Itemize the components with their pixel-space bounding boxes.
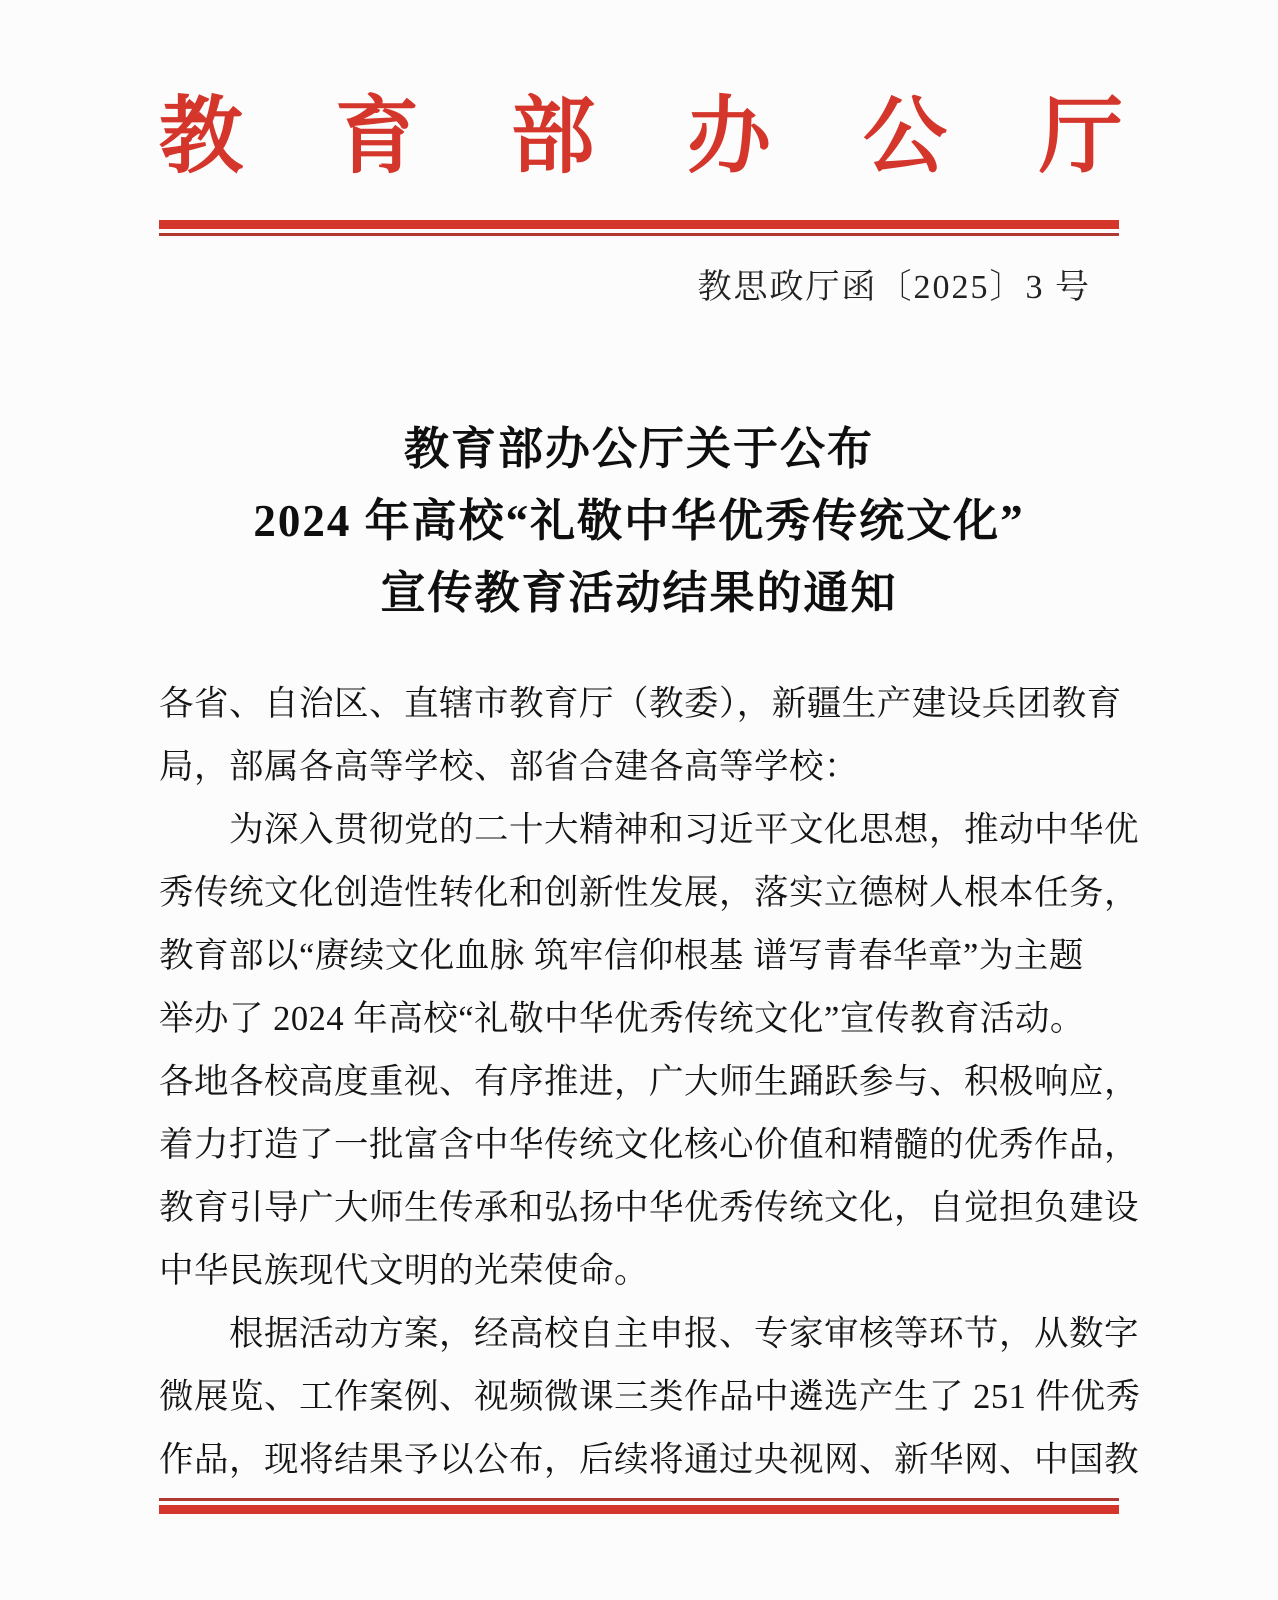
document-title-line-3: 宣传教育活动结果的通知 (159, 557, 1119, 629)
body-line: 微展览、工作案例、视频微课三类作品中遴选产生了 251 件优秀 (159, 1366, 1119, 1429)
body-line: 各地各校高度重视、有序推进，广大师生踊跃参与、积极响应， (159, 1051, 1119, 1114)
body-line: 着力打造了一批富含中华传统文化核心价值和精髓的优秀作品， (159, 1114, 1119, 1177)
document-title-line-2: 2024 年高校“礼敬中华优秀传统文化” (159, 485, 1119, 557)
red-divider-top-thick-rule (159, 220, 1119, 229)
red-divider-top-thin-rule (159, 233, 1119, 236)
body-line: 教育引导广大师生传承和弘扬中华优秀传统文化，自觉担负建设 (159, 1177, 1119, 1240)
body-line: 局，部属各高等学校、部省合建各高等学校： (159, 736, 1119, 799)
body-line: 中华民族现代文明的光荣使命。 (159, 1240, 1119, 1303)
document-title: 教育部办公厅关于公布 2024 年高校“礼敬中华优秀传统文化” 宣传教育活动结果… (159, 413, 1119, 629)
body-line: 各省、自治区、直辖市教育厅（教委），新疆生产建设兵团教育 (159, 673, 1119, 736)
letterhead-org-name: 教育部办公厅 (159, 0, 1211, 180)
body-line: 作品，现将结果予以公布，后续将通过央视网、新华网、中国教 (159, 1429, 1119, 1492)
document-content: 教育部办公厅 教思政厅函〔2025〕3 号 教育部办公厅关于公布 2024 年高… (159, 0, 1119, 1514)
red-divider-top (159, 220, 1119, 236)
document-page: 教育部办公厅 教思政厅函〔2025〕3 号 教育部办公厅关于公布 2024 年高… (0, 0, 1278, 1600)
red-divider-bottom (159, 1498, 1119, 1514)
body-line: 为深入贯彻党的二十大精神和习近平文化思想，推动中华优 (159, 799, 1119, 862)
body-line: 教育部以“赓续文化血脉 筑牢信仰根基 谱写青春华章”为主题 (159, 925, 1119, 988)
body-line: 举办了 2024 年高校“礼敬中华优秀传统文化”宣传教育活动。 (159, 988, 1119, 1051)
document-body: 各省、自治区、直辖市教育厅（教委），新疆生产建设兵团教育 局，部属各高等学校、部… (159, 673, 1119, 1492)
document-number: 教思政厅函〔2025〕3 号 (159, 268, 1119, 309)
document-title-line-1: 教育部办公厅关于公布 (159, 413, 1119, 485)
red-divider-bottom-thick-rule (159, 1505, 1119, 1514)
body-line: 根据活动方案，经高校自主申报、专家审核等环节，从数字 (159, 1303, 1119, 1366)
body-line: 秀传统文化创造性转化和创新性发展，落实立德树人根本任务， (159, 862, 1119, 925)
